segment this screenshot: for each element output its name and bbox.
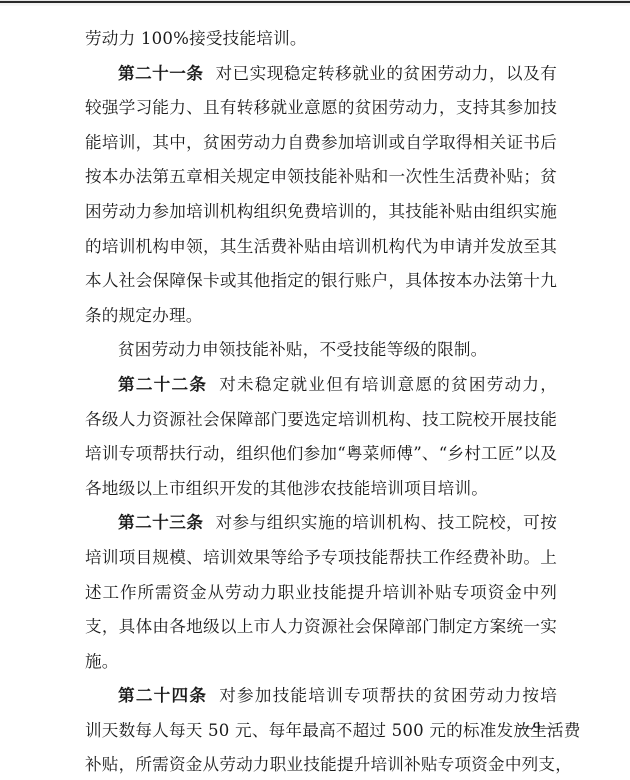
document-page: 劳动力 100%接受技能培训。 第二十一条对已实现稳定转移就业的贫困劳动力，以及… <box>85 22 557 780</box>
text-line: 各级人力资源社会保障部门要选定培训机构、技工院校开展技能 <box>85 403 557 438</box>
text-line: 施。 <box>85 645 557 680</box>
text-line: 述工作所需资金从劳动力职业技能提升培训补贴专项资金中列 <box>85 576 557 611</box>
article-number: 第二十一条 <box>118 64 203 83</box>
line-text: 对参加技能培训专项帮扶的贫困劳动力按培 <box>219 686 557 705</box>
text-line: 补贴，所需资金从劳动力职业技能提升培训补贴专项资金中列支， <box>85 748 557 780</box>
text-line: 困劳动力参加培训机构组织免费培训的，其技能补贴由组织实施 <box>85 195 557 230</box>
article-23-heading-line: 第二十三条对参与组织实施的培训机构、技工院校，可按 <box>85 506 557 541</box>
text-line: 培训项目规模、培训效果等给予专项技能帮扶工作经费补助。上 <box>85 541 557 576</box>
article-number: 第二十二条 <box>118 375 207 394</box>
text-line: 的培训机构申领，其生活费补贴由培训机构代为申请并发放至其 <box>85 230 557 265</box>
article-number: 第二十三条 <box>118 513 203 532</box>
text-line: 各地级以上市组织开发的其他涉农技能培训项目培训。 <box>85 472 557 507</box>
text-line: 培训专项帮扶行动，组织他们参加“粤菜师傅”、“乡村工匠”以及 <box>85 437 557 472</box>
text-line: 能培训，其中，贫困劳动力自费参加培训或自学取得相关证书后 <box>85 126 557 161</box>
text-line: 条的规定办理。 <box>85 299 557 334</box>
article-21-heading-line: 第二十一条对已实现稳定转移就业的贫困劳动力，以及有 <box>85 57 557 92</box>
article-24-heading-line: 第二十四条对参加技能培训专项帮扶的贫困劳动力按培 <box>85 679 557 714</box>
article-22-heading-line: 第二十二条对未稳定就业但有培训意愿的贫困劳动力， <box>85 368 557 403</box>
text-line: 支，具体由各地级以上市人力资源社会保障部门制定方案统一实 <box>85 610 557 645</box>
text-line: 劳动力 100%接受技能培训。 <box>85 22 557 57</box>
line-text: 劳动力 100%接受技能培训。 <box>85 29 307 48</box>
text-line: 贫困劳动力申领技能补贴，不受技能等级的限制。 <box>85 333 557 368</box>
line-text: 对参与组织实施的培训机构、技工院校，可按 <box>215 513 557 532</box>
page-number: —9— <box>518 720 556 737</box>
article-number: 第二十四条 <box>118 686 207 705</box>
line-text: 对已实现稳定转移就业的贫困劳动力，以及有 <box>215 64 557 83</box>
window-top-border <box>0 0 630 6</box>
line-text: 对未稳定就业但有培训意愿的贫困劳动力， <box>219 375 557 394</box>
text-line: 按本办法第五章相关规定申领技能补贴和一次性生活费补贴；贫 <box>85 160 557 195</box>
text-line: 较强学习能力、且有转移就业意愿的贫困劳动力，支持其参加技 <box>85 91 557 126</box>
text-line: 训天数每人每天 50 元、每年最高不超过 500 元的标准发放生活费 <box>85 714 557 749</box>
text-line: 本人社会保障保卡或其他指定的银行账户，具体按本办法第十九 <box>85 264 557 299</box>
